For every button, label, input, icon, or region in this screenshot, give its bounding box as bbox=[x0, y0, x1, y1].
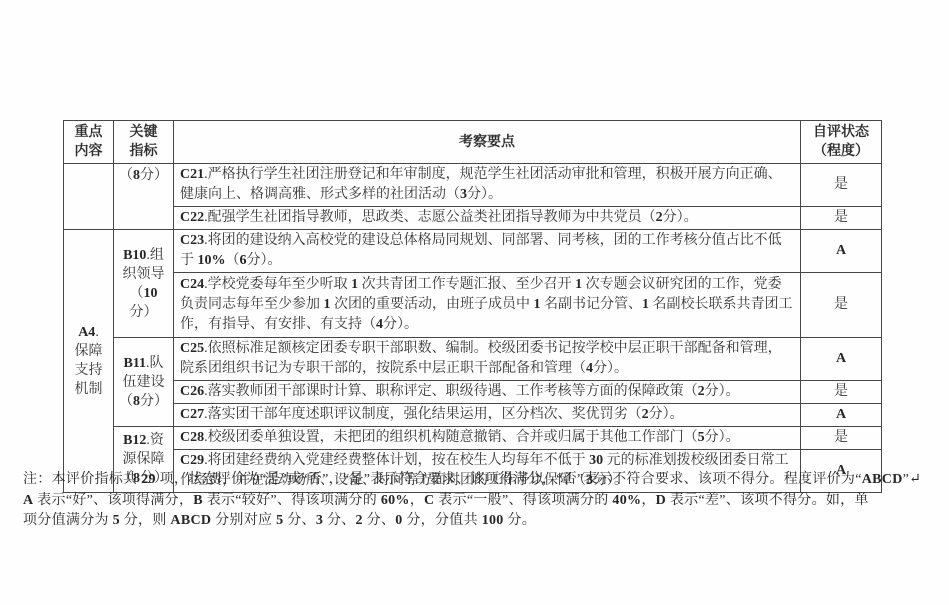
cell-item-c26: C26.落实教师团干部课时计算、职称评定、职级待遇、工作考核等方面的保障政策（2… bbox=[174, 381, 801, 404]
table-header-row: 重点 内容 关键 指标 考察要点 自评状态 （程度） bbox=[64, 121, 882, 164]
cell-item-c24: C24.学校党委每年至少听取 1 次共青团工作专题汇报、至少召开 1 次专题会议… bbox=[174, 273, 801, 338]
footnote-line-2: A 表示“好”、该项得满分，B 表示“较好”、得该项满分的 60%，C 表示“一… bbox=[23, 491, 943, 512]
cell-status-c27: A bbox=[801, 404, 882, 427]
cell-item-c22: C22.配强学生社团指导教师，思政类、志愿公益类社团指导教师为中共党员（2分）。 bbox=[174, 207, 801, 230]
cell-item-c28: C28.校级团委单独设置，未把团的组织机构随意撤销、合并或归属于其他工作部门（5… bbox=[174, 427, 801, 450]
footnote-line-3: 项分值满分为 5 分，则 ABCD 分别对应 5 分、3 分、2 分、0 分，分… bbox=[23, 511, 943, 532]
cell-status-c22: 是 bbox=[801, 207, 882, 230]
cell-indicator-b10: B10.组 织领导 （10 分） bbox=[114, 230, 174, 338]
footnote: 注：本评价指标共 29 项，状态评价为“是”或“否”，“是”表示符合要求、该项得… bbox=[23, 470, 943, 532]
header-key-content: 重点 内容 bbox=[64, 121, 114, 164]
header-self-eval-status: 自评状态 （程度） bbox=[801, 121, 882, 164]
header-inspection-points: 考察要点 bbox=[174, 121, 801, 164]
cell-indicator-b11: B11.队 伍建设 （8分） bbox=[114, 338, 174, 427]
evaluation-indicator-table: 重点 内容 关键 指标 考察要点 自评状态 （程度） （8分） C21.严格执行… bbox=[63, 120, 882, 493]
cell-item-c21: C21.严格执行学生社团注册登记和年审制度，规范学生社团活动审批和管理，积极开展… bbox=[174, 164, 801, 207]
cell-item-c27: C27.落实团干部年度述职评议制度，强化结果运用，区分档次、奖优罚劣（2分）。 bbox=[174, 404, 801, 427]
cell-item-c23: C23.将团的建设纳入高校党的建设总体格局同规划、同部署、同考核，团的工作考核分… bbox=[174, 230, 801, 273]
table-row: （8分） C21.严格执行学生社团注册登记和年审制度，规范学生社团活动审批和管理… bbox=[64, 164, 882, 207]
cell-item-c25: C25.依照标准足额核定团委专职干部职数、编制。校级团委书记按学校中层正职干部配… bbox=[174, 338, 801, 381]
table-row: C24.学校党委每年至少听取 1 次共青团工作专题汇报、至少召开 1 次专题会议… bbox=[64, 273, 882, 338]
table-row: C27.落实团干部年度述职评议制度，强化结果运用，区分档次、奖优罚劣（2分）。 … bbox=[64, 404, 882, 427]
cell-status-c28: 是 bbox=[801, 427, 882, 450]
table-row: C22.配强学生社团指导教师，思政类、志愿公益类社团指导教师为中共党员（2分）。… bbox=[64, 207, 882, 230]
scanned-document-page: 重点 内容 关键 指标 考察要点 自评状态 （程度） （8分） C21.严格执行… bbox=[0, 0, 949, 605]
table-row: B12.资 源保障 （8分） C28.校级团委单独设置，未把团的组织机构随意撤销… bbox=[64, 427, 882, 450]
cell-status-c23: A bbox=[801, 230, 882, 273]
cell-status-c24: 是 bbox=[801, 273, 882, 338]
table-row: C26.落实教师团干部课时计算、职称评定、职级待遇、工作考核等方面的保障政策（2… bbox=[64, 381, 882, 404]
header-key-indicator: 关键 指标 bbox=[114, 121, 174, 164]
cell-status-c21: 是 bbox=[801, 164, 882, 207]
cell-key-content-continuation bbox=[64, 164, 114, 230]
cell-indicator-b9-score: （8分） bbox=[114, 164, 174, 230]
cell-status-c26: 是 bbox=[801, 381, 882, 404]
table-row: B11.队 伍建设 （8分） C25.依照标准足额核定团委专职干部职数、编制。校… bbox=[64, 338, 882, 381]
footnote-line-1: 注：本评价指标共 29 项，状态评价为“是”或“否”，“是”表示符合要求、该项得… bbox=[23, 470, 943, 491]
table-row: A4. 保障 支持 机制 B10.组 织领导 （10 分） C23.将团的建设纳… bbox=[64, 230, 882, 273]
cell-key-content-a4: A4. 保障 支持 机制 bbox=[64, 230, 114, 493]
cell-status-c25: A bbox=[801, 338, 882, 381]
